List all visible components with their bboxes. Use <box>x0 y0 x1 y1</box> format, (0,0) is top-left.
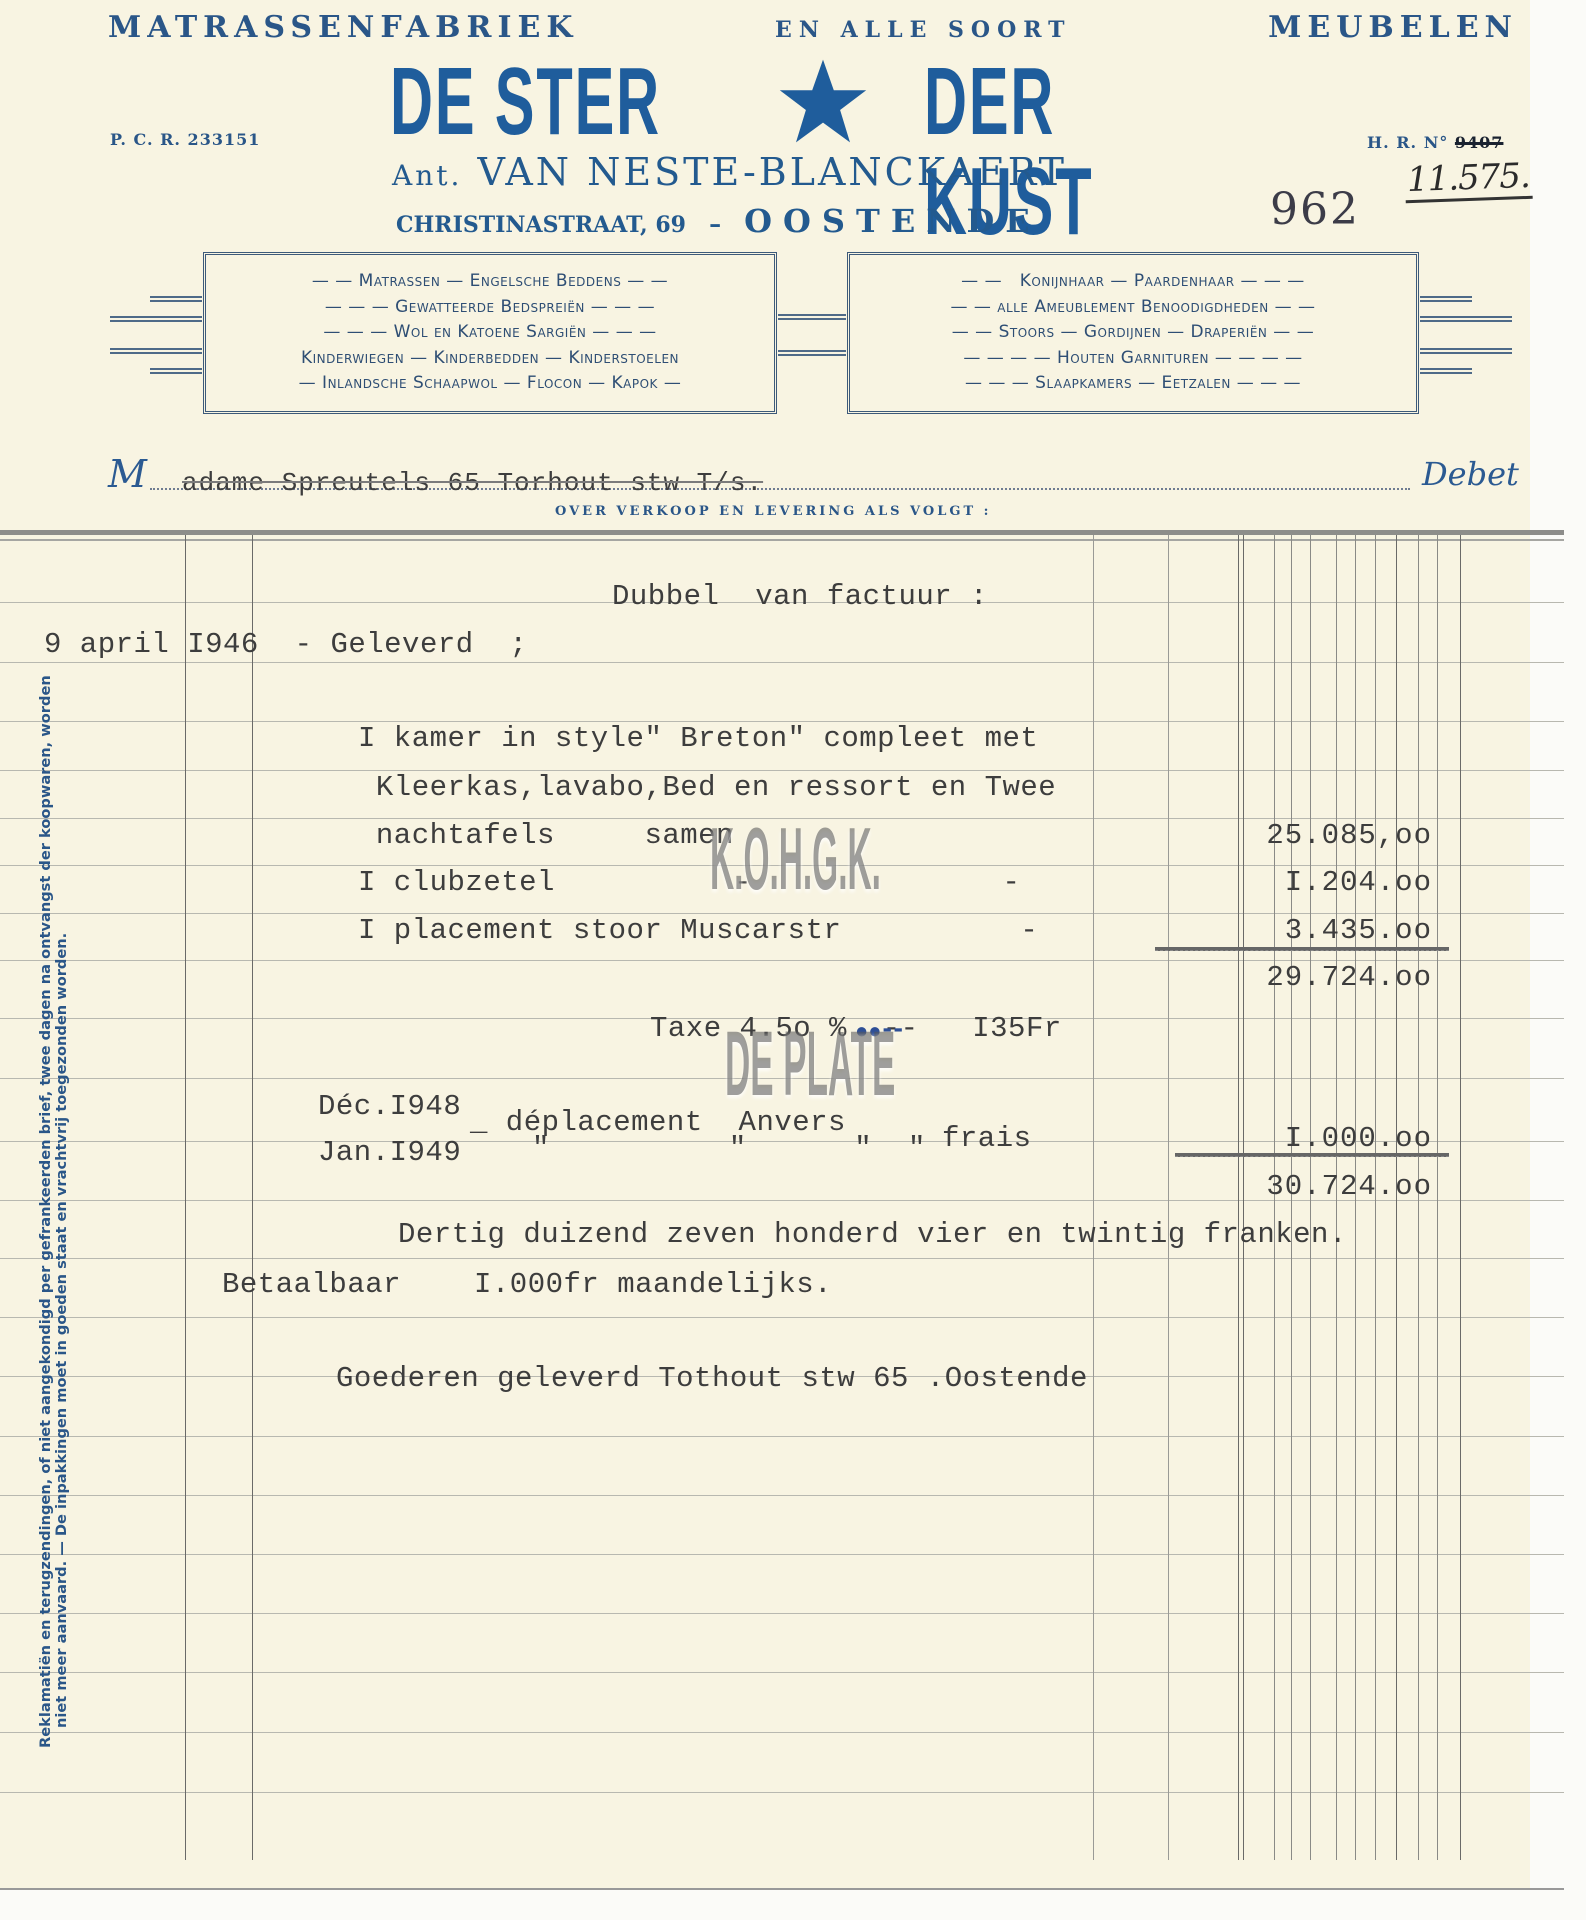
street: CHRISTINASTRAAT, 69 <box>396 212 686 238</box>
ruling-line <box>0 1258 1564 1259</box>
payment-label: Betaalbaar <box>222 1268 401 1301</box>
decor-line <box>778 314 846 320</box>
decor-line <box>778 350 846 356</box>
item-amount: 25.085,oo <box>1266 819 1432 852</box>
delivery-date: 9 april I946 - Geleverd ; <box>44 628 527 661</box>
product-line: — — Konijnhaar — Paardenhaar — — — <box>961 269 1305 295</box>
decor-line <box>110 348 202 354</box>
terms-side-note: Reklamatiën en terugzendingen, of niet a… <box>38 675 70 1748</box>
customer-name: adame Spreutels 65 Torhout stw T/s. <box>182 468 763 498</box>
ruling-line <box>0 1672 1564 1673</box>
decor-line <box>1420 296 1472 302</box>
hrn-handwritten: 11.575. <box>1404 156 1532 203</box>
tagline-right: MEUBELEN <box>1268 10 1518 45</box>
ruling-line <box>0 1732 1564 1733</box>
column-line <box>1238 535 1239 1860</box>
item-amount: I.204.oo <box>1285 866 1432 899</box>
tagline-mid: EN ALLE SOORT <box>775 17 1071 43</box>
pcr-number: P. C. R. 233151 <box>110 130 260 149</box>
tagline-left: MATRASSENFABRIEK <box>108 10 578 45</box>
product-line: — — Matrassen — Engelsche Beddens — — <box>312 269 668 295</box>
ruling-line <box>0 662 1564 663</box>
ruling-line <box>0 1554 1564 1555</box>
hrn-struck-number: 9407 <box>1455 133 1504 152</box>
ledger-top-rule <box>0 530 1564 535</box>
product-line: — — — — Houten Garnituren — — — — <box>963 346 1302 372</box>
total-in-words: Dertig duizend zeven honderd vier en twi… <box>398 1218 1347 1251</box>
product-line: — Inlandsche Schaapwol — Flocon — Kapok … <box>299 371 682 397</box>
brand-name: DE STER DER KUST <box>390 52 1240 152</box>
address: CHRISTINASTRAAT, 69 – OOSTENDE <box>396 202 1041 240</box>
total-amount: 30.724.oo <box>1266 1170 1432 1203</box>
item-description: I clubzetel - - <box>358 866 1020 899</box>
decor-line <box>150 368 202 374</box>
sales-caption: OVER VERKOOP EN LEVERING ALS VOLGT : <box>555 504 991 519</box>
decor-line <box>1420 316 1512 322</box>
product-line: — — Stoors — Gordijnen — Draperiën — — <box>952 320 1314 346</box>
payment-terms: I.000fr maandelijks. <box>474 1268 832 1301</box>
column-line <box>1168 535 1169 1860</box>
ruling-line-bottom <box>0 1888 1564 1890</box>
column-line <box>1093 535 1094 1860</box>
column-line <box>185 535 186 1860</box>
subtotal-rule <box>1155 947 1449 951</box>
product-line: — — — Wol en Katoene Sargiën — — — <box>323 320 656 346</box>
star-icon <box>778 56 868 146</box>
column-line <box>1460 535 1461 1860</box>
column-line <box>1243 535 1244 1860</box>
product-line: — — — Gewatteerde Bedspreiën — — — <box>325 295 655 321</box>
invoice-heading: Dubbel van factuur : <box>612 580 988 613</box>
decor-line <box>1420 348 1512 354</box>
decor-line <box>150 296 202 302</box>
item-description: Kleerkas,lavabo,Bed en ressort en Twee <box>358 771 1056 804</box>
item-description: nachtafels samen <box>358 819 734 852</box>
hrn-label: H. R. N° 9407 <box>1367 133 1503 152</box>
extra-date: Déc.I948 <box>318 1090 461 1123</box>
invoice-number: 962 <box>1270 184 1360 235</box>
ruling-line <box>0 1317 1564 1318</box>
ruling-line <box>0 1613 1564 1614</box>
tagline: MATRASSENFABRIEK EN ALLE SOORT MEUBELEN <box>108 10 1518 45</box>
watermark-de-plate: DE PLATE <box>725 1012 895 1117</box>
column-line <box>252 535 253 1860</box>
extra-amount: I.000.oo <box>1285 1122 1432 1155</box>
ruling-line <box>0 1436 1564 1437</box>
ledger-top-rule-thin <box>0 539 1564 541</box>
total-rule <box>1175 1153 1449 1157</box>
item-description: I placement stoor Muscarstr - <box>358 914 1038 947</box>
brand-left: DE STER <box>390 52 661 152</box>
product-box-left: — — Matrassen — Engelsche Beddens — — — … <box>203 252 777 414</box>
product-box-right: — — Konijnhaar — Paardenhaar — — — — — a… <box>847 252 1419 414</box>
item-amount: 3.435.oo <box>1285 914 1432 947</box>
owner-name: Ant. VAN NESTE-BLANCKAERT <box>392 150 1067 194</box>
ruling-line <box>0 1792 1564 1793</box>
ruling-line <box>0 1495 1564 1496</box>
decor-line <box>1420 368 1472 374</box>
invoice-paper: MATRASSENFABRIEK EN ALLE SOORT MEUBELEN … <box>0 0 1530 1890</box>
subtotal-amount: 29.724.oo <box>1266 961 1432 994</box>
debet-label: Debet <box>1422 455 1519 493</box>
product-line: — — — Slaapkamers — Eetzalen — — — <box>965 371 1301 397</box>
product-line: Kinderwiegen — Kinderbedden — Kinderstoe… <box>301 346 679 372</box>
customer-prefix: M <box>108 452 147 496</box>
extra-date: Jan.I949 <box>318 1136 461 1169</box>
extra-label: frais <box>942 1122 1032 1155</box>
column-line <box>1437 535 1438 1860</box>
decor-line <box>110 316 202 322</box>
product-line: — — alle Ameublement Benoodigdheden — — <box>950 295 1315 321</box>
city: OOSTENDE <box>744 202 1040 240</box>
extra-ditto: " " " " <box>532 1132 926 1165</box>
watermark-kohgk: K.O.H.G.K. <box>710 808 881 910</box>
item-description: I kamer in style" Breton" compleet met <box>358 722 1038 755</box>
delivery-note: Goederen geleverd Tothout stw 65 .Oosten… <box>336 1362 1088 1395</box>
